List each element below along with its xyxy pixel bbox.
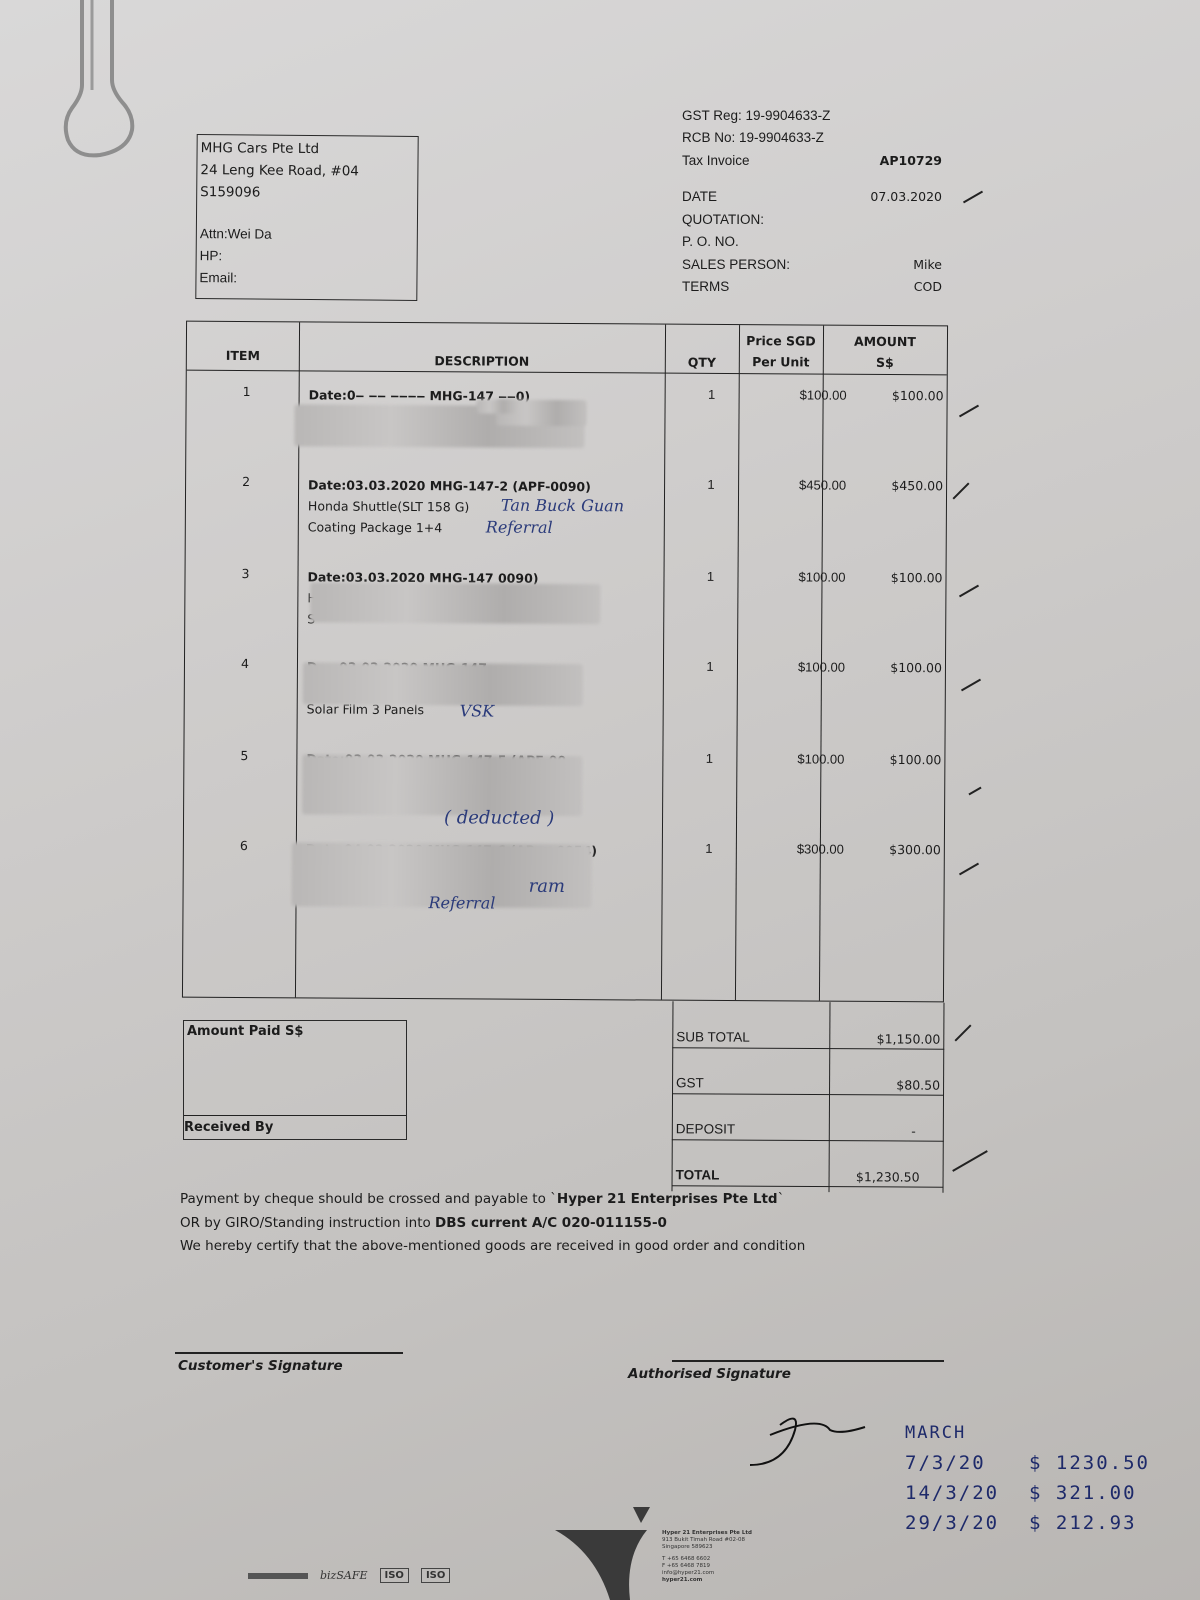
gst-label: GST bbox=[676, 1075, 704, 1090]
customer-email: Email: bbox=[199, 267, 413, 291]
description-line-3: Coating Package 1+4 bbox=[308, 516, 648, 539]
payment-instructions: Payment by cheque should be crossed and … bbox=[180, 1188, 805, 1259]
header-qty: QTY bbox=[665, 355, 739, 370]
item-qty: 1 bbox=[695, 569, 725, 584]
table-row: 3Date:03.03.2020 MHG-147 0090)HS1$100.00… bbox=[186, 566, 946, 571]
payee-name: Hyper 21 Enterprises Pte Ltd bbox=[557, 1191, 778, 1207]
total-label: TOTAL bbox=[676, 1167, 720, 1182]
redaction-blur bbox=[303, 662, 583, 706]
tally-date: 14/3/20 bbox=[905, 1478, 1005, 1508]
description-line-1: Date:0‒ ‒‒ ‒‒‒‒ MHG-147 bbox=[309, 387, 494, 403]
table-header: ITEM DESCRIPTION QTY Price SGD Per Unit … bbox=[187, 322, 947, 376]
item-number: 5 bbox=[229, 748, 259, 763]
subtotal-value: $1,150.00 bbox=[877, 1031, 941, 1046]
giro-text: OR by GIRO/Standing instruction into bbox=[180, 1215, 435, 1231]
tick-mark-icon bbox=[953, 483, 970, 500]
table-row: 2Date:03.03.2020 MHG-147-2 (APF-0090) Ho… bbox=[186, 474, 946, 479]
item-number: 6 bbox=[229, 838, 259, 853]
certification-logos: bizSAFE ISO ISO bbox=[248, 1568, 450, 1583]
line-items-table: ITEM DESCRIPTION QTY Price SGD Per Unit … bbox=[182, 321, 948, 1003]
total-value: $1,230.50 bbox=[856, 1169, 920, 1184]
item-qty: 1 bbox=[696, 477, 726, 492]
tick-mark-icon bbox=[959, 863, 979, 876]
company-tel: T +65 6468 6602 bbox=[662, 1556, 752, 1563]
gst-reg: GST Reg: 19-9904633-Z bbox=[682, 108, 830, 123]
tally-amount: $ 321.00 bbox=[1029, 1478, 1137, 1508]
tally-entry: 29/3/20$ 212.93 bbox=[905, 1508, 1150, 1538]
summary-table: SUB TOTAL$1,150.00 GST$80.50 DEPOSIT- TO… bbox=[672, 1001, 945, 1192]
item-unit-price: $100.00 bbox=[745, 569, 845, 585]
tick-mark-icon bbox=[959, 405, 979, 418]
sales-person-value: Mike bbox=[913, 257, 942, 272]
handwritten-note: ( deducted ) bbox=[444, 807, 554, 829]
item-number: 1 bbox=[232, 384, 262, 399]
item-amount: $100.00 bbox=[847, 388, 944, 404]
invoice-meta: GST Reg: 19-9904633-Z RCB No: 19-9904633… bbox=[682, 104, 942, 298]
gst-value: $80.50 bbox=[896, 1077, 940, 1092]
company-logo-icon bbox=[555, 1507, 665, 1600]
deposit-value: - bbox=[911, 1124, 916, 1139]
invoice-number: AP10729 bbox=[880, 153, 942, 168]
customer-address-box: MHG Cars Pte Ltd 24 Leng Kee Road, #04 S… bbox=[195, 134, 418, 301]
item-qty: 1 bbox=[695, 659, 725, 674]
quotation-label: QUOTATION: bbox=[682, 212, 764, 227]
item-unit-price: $100.00 bbox=[745, 659, 845, 675]
authorised-signature-label: Authorised Signature bbox=[628, 1366, 791, 1382]
terms-value: COD bbox=[914, 279, 942, 294]
company-email: info@hyper21.com bbox=[662, 1570, 752, 1577]
company-web: hyper21.com bbox=[662, 1577, 752, 1584]
header-amount-2: S$ bbox=[823, 355, 947, 371]
item-unit-price: $300.00 bbox=[744, 841, 844, 857]
item-amount: $100.00 bbox=[845, 660, 942, 676]
item-amount: $100.00 bbox=[844, 752, 941, 768]
cert-bar-icon bbox=[248, 1573, 308, 1579]
sales-person-label: SALES PERSON: bbox=[682, 257, 790, 272]
item-qty: 1 bbox=[694, 751, 724, 766]
subtotal-label: SUB TOTAL bbox=[676, 1029, 750, 1044]
rcb-no: RCB No: 19-9904633-Z bbox=[682, 130, 824, 145]
item-amount: $450.00 bbox=[846, 478, 943, 494]
company-address-2: Singapore 589623 bbox=[662, 1544, 752, 1551]
company-address-1: 913 Bukit Timah Road #02-08 bbox=[662, 1537, 752, 1544]
item-amount: $100.00 bbox=[845, 570, 942, 586]
company-name: Hyper 21 Enterprises Pte Ltd bbox=[662, 1530, 752, 1537]
company-fax: F +65 6468 7819 bbox=[662, 1563, 752, 1570]
item-number: 3 bbox=[230, 566, 260, 581]
item-number: 4 bbox=[230, 656, 260, 671]
tick-mark-icon bbox=[963, 191, 983, 204]
redaction-blur bbox=[310, 582, 600, 624]
header-item: ITEM bbox=[187, 348, 299, 364]
iso-logo-1: ISO bbox=[380, 1568, 409, 1583]
tally-date: 7/3/20 bbox=[905, 1448, 1005, 1478]
redaction-blur bbox=[302, 754, 582, 816]
customer-attn: Attn:Wei Da bbox=[200, 223, 414, 247]
handwritten-note: ram bbox=[529, 876, 566, 897]
handwritten-note: Referral bbox=[486, 518, 553, 537]
payment-suffix: ` bbox=[778, 1191, 785, 1207]
tick-mark-icon bbox=[952, 1150, 988, 1172]
header-amount-1: AMOUNT bbox=[823, 334, 947, 350]
handwritten-note: VSK bbox=[460, 701, 495, 720]
table-row: 5Date:03.03.2020 MHG-147-5 (APF-00 HSola… bbox=[184, 748, 944, 753]
header-price-2: Per Unit bbox=[739, 354, 823, 370]
received-by-label: Received By bbox=[184, 1120, 273, 1135]
authorised-signature-line bbox=[672, 1360, 944, 1362]
item-qty: 1 bbox=[694, 841, 724, 856]
certify-text: We hereby certify that the above-mention… bbox=[180, 1235, 805, 1259]
tally-amount: $ 212.93 bbox=[1029, 1508, 1137, 1538]
tally-title: MARCH bbox=[905, 1418, 1150, 1448]
bank-account: DBS current A/C 020-011155-0 bbox=[435, 1215, 667, 1231]
amount-paid-label: Amount Paid S$ bbox=[187, 1024, 303, 1039]
doc-type: Tax Invoice bbox=[682, 153, 750, 168]
tick-mark-icon bbox=[955, 1025, 972, 1042]
tick-mark-icon bbox=[968, 787, 981, 796]
tick-mark-icon bbox=[959, 585, 979, 598]
date-label: DATE bbox=[682, 189, 717, 204]
tick-mark-icon bbox=[961, 679, 981, 692]
customer-company: MHG Cars Pte Ltd bbox=[201, 137, 415, 161]
table-row: 1Date:0‒ ‒‒ ‒‒‒‒ MHG-147 ‒‒0)1$100.00$10… bbox=[187, 384, 947, 389]
item-amount: $300.00 bbox=[844, 842, 941, 858]
amount-paid-box: Amount Paid S$ Received By bbox=[183, 1020, 407, 1140]
header-description: DESCRIPTION bbox=[299, 352, 665, 369]
customer-address: 24 Leng Kee Road, #04 bbox=[200, 159, 414, 183]
item-unit-price: $100.00 bbox=[747, 387, 847, 403]
date-value: 07.03.2020 bbox=[870, 189, 942, 204]
tally-entry: 7/3/20$ 1230.50 bbox=[905, 1448, 1150, 1478]
terms-label: TERMS bbox=[682, 279, 729, 294]
item-qty: 1 bbox=[697, 387, 727, 402]
signature-scribble-icon bbox=[740, 1405, 870, 1475]
description-line-1: Date:03.03.2020 MHG-147-2 (APF-0090) bbox=[308, 477, 591, 494]
handwritten-tally: MARCH 7/3/20$ 1230.5014/3/20$ 321.0029/3… bbox=[905, 1418, 1150, 1538]
iso-logo-2: ISO bbox=[421, 1568, 450, 1583]
item-unit-price: $450.00 bbox=[746, 477, 846, 493]
customer-hp: HP: bbox=[200, 245, 414, 269]
customer-postal: S159096 bbox=[200, 181, 414, 205]
header-price-1: Price SGD bbox=[739, 333, 823, 349]
bizsafe-logo: bizSAFE bbox=[320, 1569, 368, 1582]
tally-date: 29/3/20 bbox=[905, 1508, 1005, 1538]
customer-signature-label: Customer's Signature bbox=[178, 1358, 343, 1374]
paper-clip-icon bbox=[60, 0, 138, 165]
item-unit-price: $100.00 bbox=[744, 751, 844, 767]
tally-amount: $ 1230.50 bbox=[1029, 1448, 1150, 1478]
company-address-block: Hyper 21 Enterprises Pte Ltd 913 Bukit T… bbox=[662, 1530, 752, 1584]
payment-text: Payment by cheque should be crossed and … bbox=[180, 1191, 557, 1207]
redaction-blur bbox=[477, 399, 517, 413]
po-label: P. O. NO. bbox=[682, 234, 739, 249]
handwritten-note: Referral bbox=[428, 893, 495, 912]
tally-entry: 14/3/20$ 321.00 bbox=[905, 1478, 1150, 1508]
item-number: 2 bbox=[231, 474, 261, 489]
deposit-label: DEPOSIT bbox=[676, 1121, 735, 1136]
table-row: 4D‒ ‒03.03.2020 MHG-147 HSolar Film 3 Pa… bbox=[185, 656, 945, 661]
customer-signature-line bbox=[175, 1352, 403, 1354]
handwritten-note: Tan Buck Guan bbox=[501, 496, 624, 516]
